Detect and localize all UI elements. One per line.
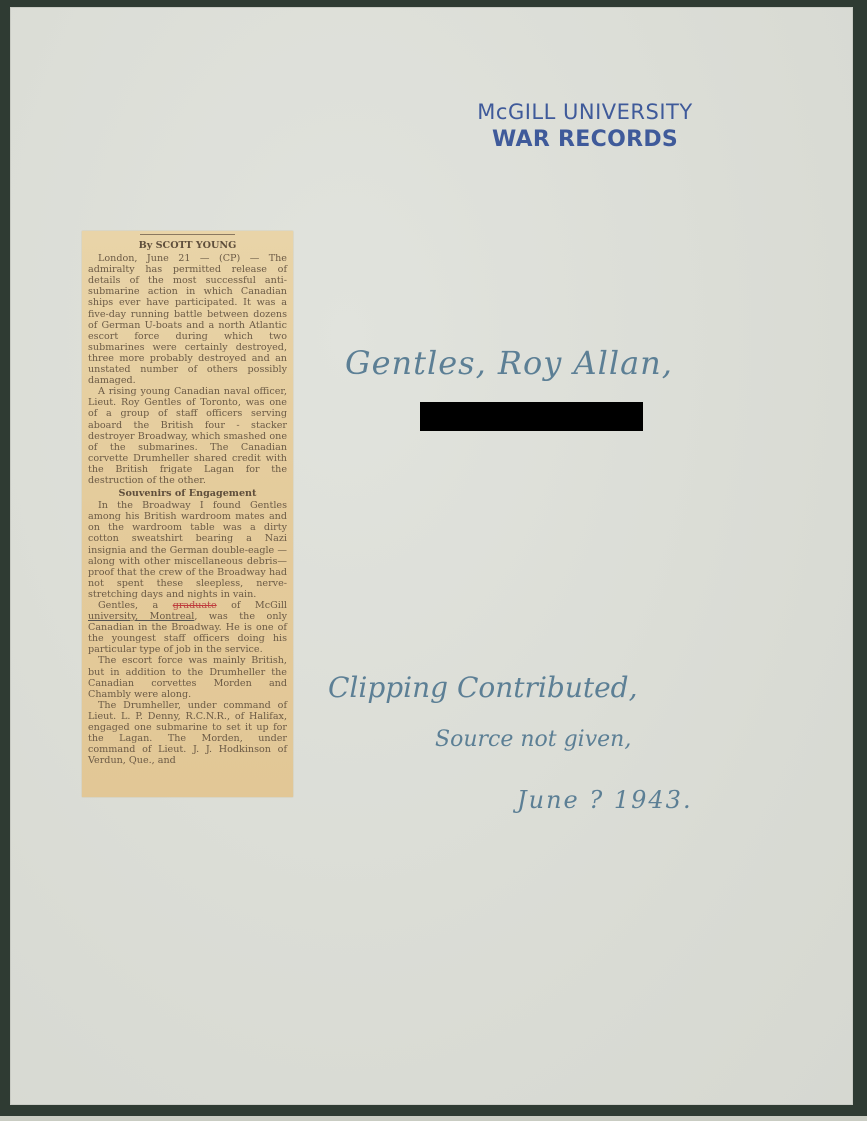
struck-word: graduate (173, 600, 217, 611)
handwritten-note-line-3: June ? 1943. (517, 786, 693, 814)
handwritten-name: Gentles, Roy Allan, (345, 344, 673, 382)
newspaper-clipping: By SCOTT YOUNG London, June 21 — (CP) — … (82, 231, 293, 797)
clipping-paragraph: In the Broadway I found Gentles among hi… (88, 500, 287, 600)
clipping-rule (140, 234, 236, 235)
handwritten-note-line-2: Source not given, (435, 727, 631, 752)
clipping-paragraph: London, June 21 — (CP) — The admiralty h… (88, 253, 287, 386)
redaction-bar (420, 402, 643, 431)
text-run: of McGill (217, 600, 287, 611)
stamp-line-1: McGILL UNIVERSITY (440, 99, 730, 125)
clipping-paragraph: The escort force was mainly British, but… (88, 655, 287, 699)
scanner-edge (0, 1116, 867, 1121)
clipping-paragraph-gentles: Gentles, a graduate of McGill university… (88, 600, 287, 655)
clipping-paragraph: A rising young Canadian naval officer, L… (88, 386, 287, 486)
war-records-stamp: McGILL UNIVERSITY WAR RECORDS (440, 99, 730, 155)
clipping-byline: By SCOTT YOUNG (88, 240, 287, 251)
text-run: Gentles, a (98, 600, 173, 611)
clipping-subhead: Souvenirs of Engagement (88, 488, 287, 499)
stamp-line-2: WAR RECORDS (440, 125, 730, 155)
clipping-paragraph: The Drumheller, under command of Lieut. … (88, 700, 287, 767)
handwritten-note-line-1: Clipping Contributed, (328, 671, 638, 704)
underlined-text: university, Montreal (88, 611, 194, 622)
